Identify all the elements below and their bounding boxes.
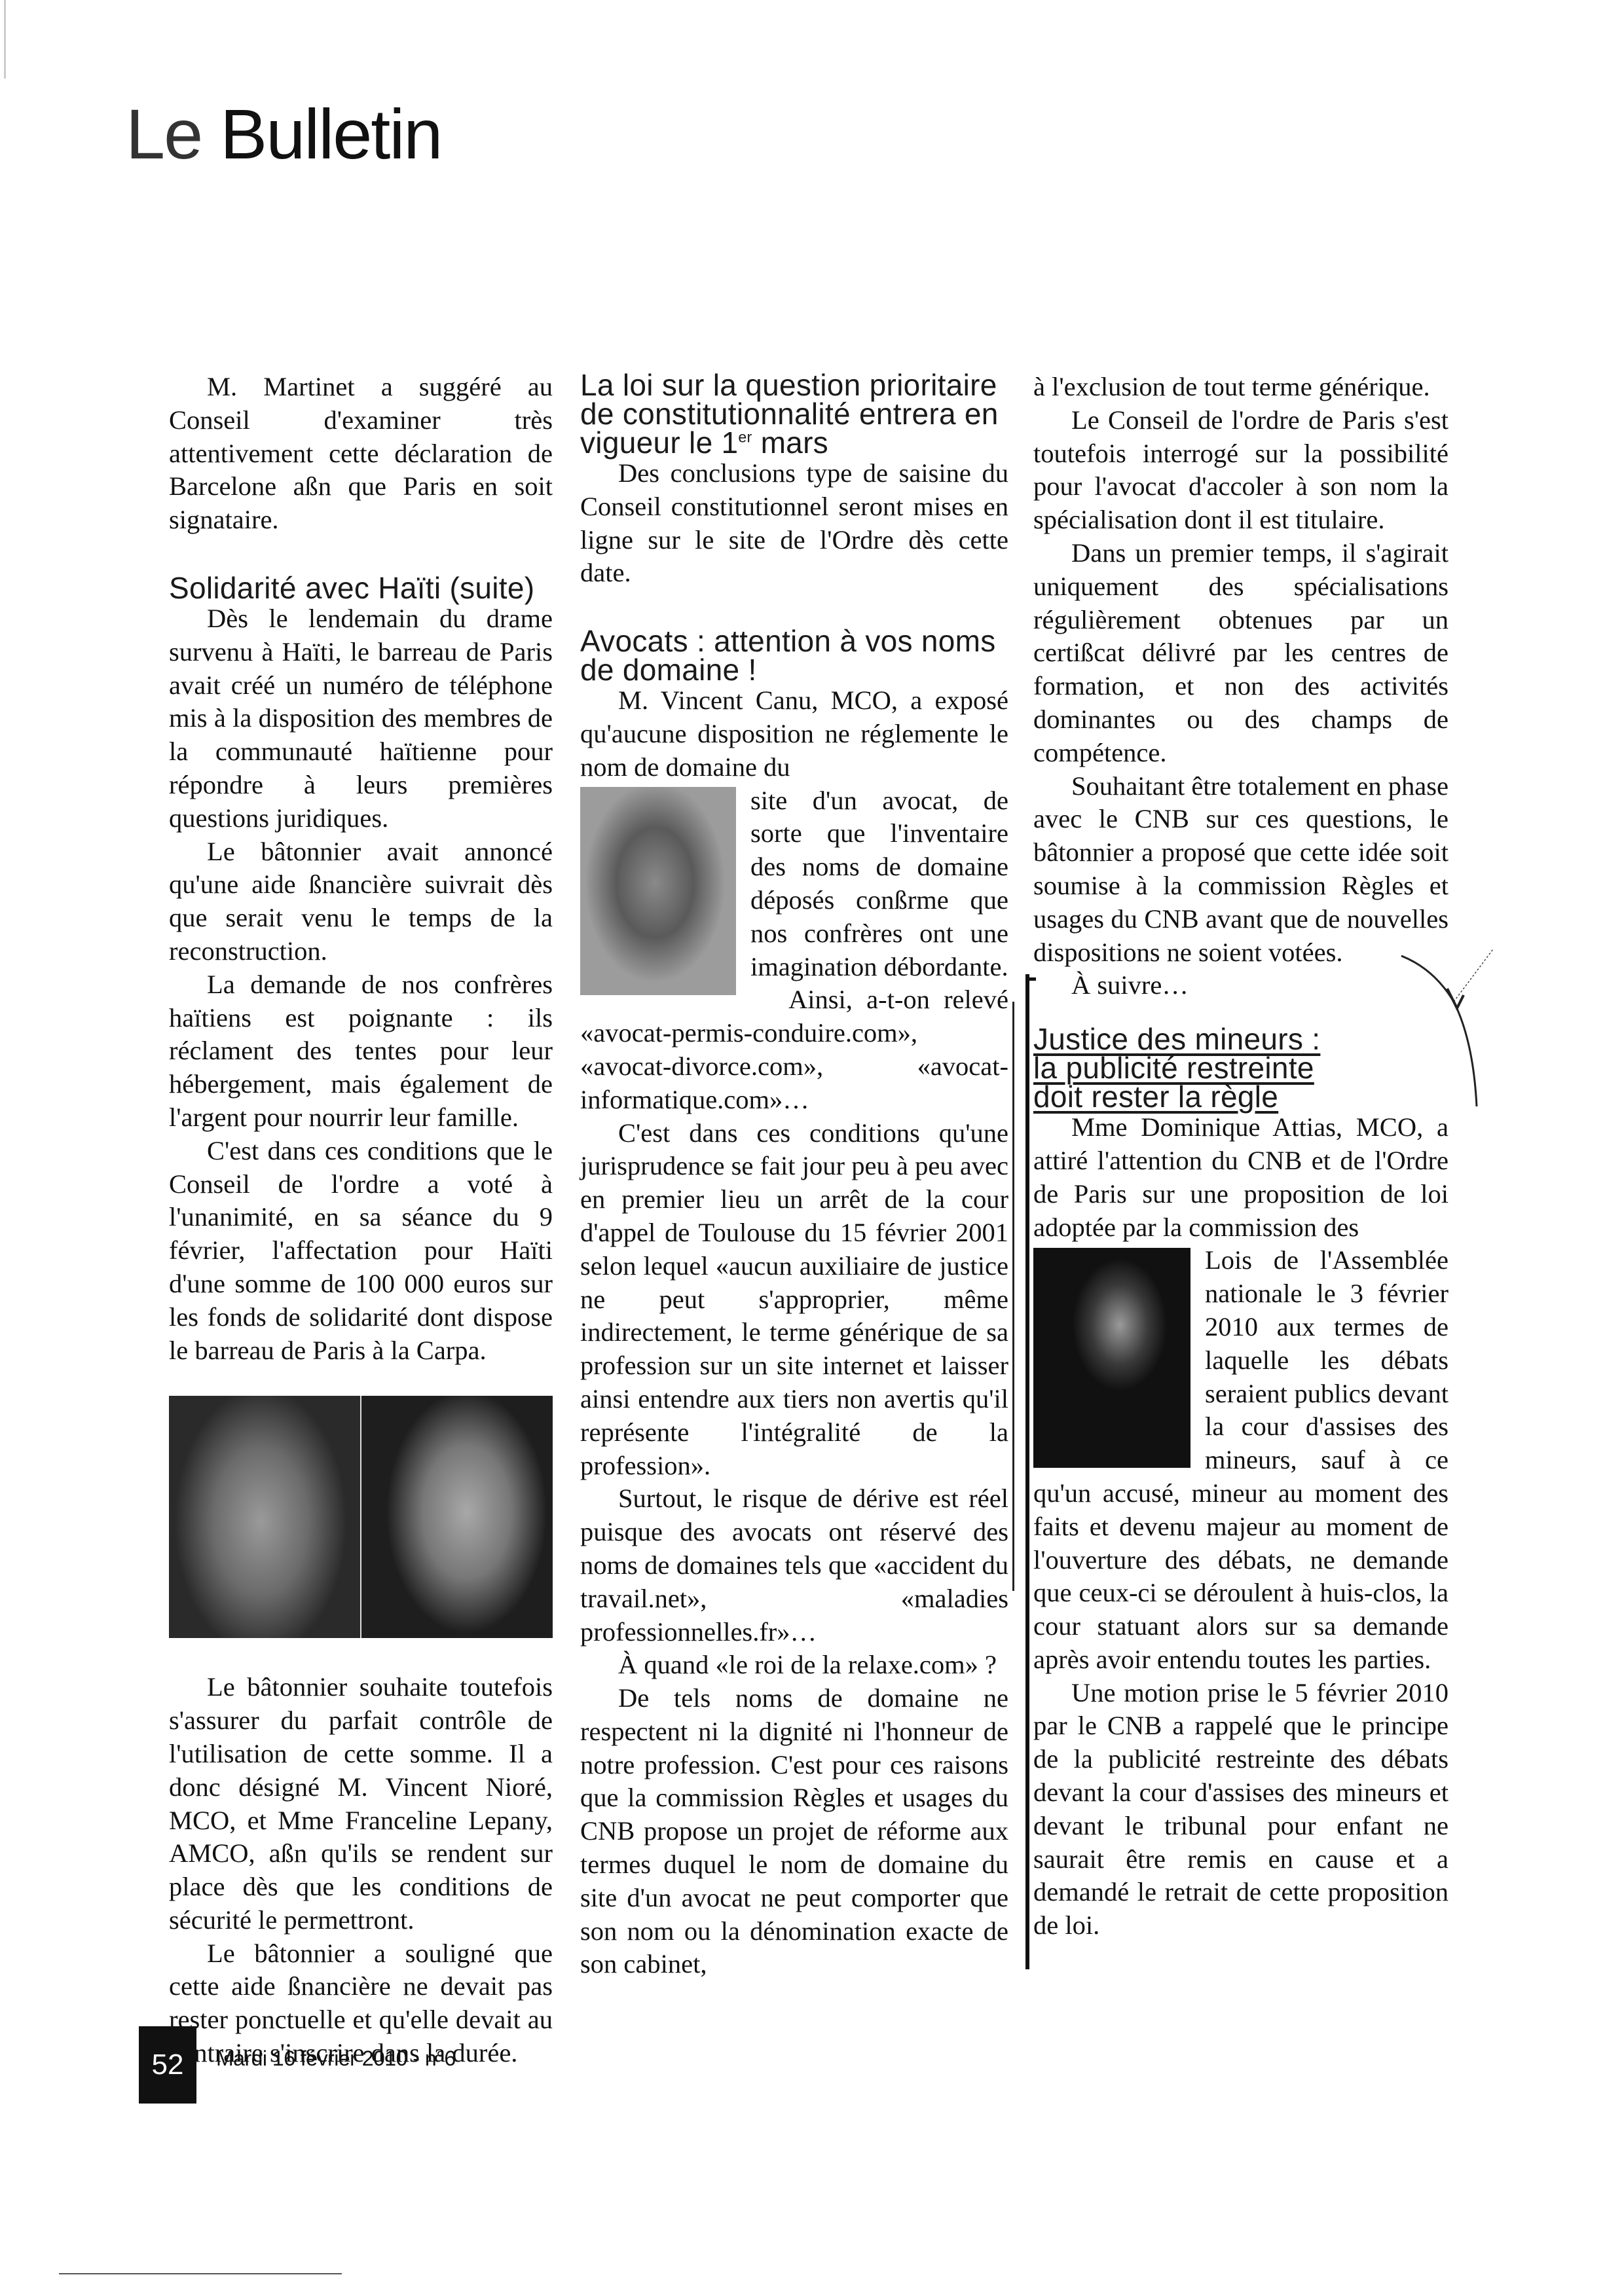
masthead: Le Bulletin	[126, 93, 441, 175]
page-number-box: 52	[139, 2026, 196, 2104]
heading-justice-mineurs: Justice des mineurs : la publicité restr…	[1033, 1025, 1449, 1111]
photo-two-lawyers	[169, 1396, 553, 1638]
box-frame-left	[1025, 974, 1029, 1969]
paragraph: Dès le lendemain du drame survenu à Haït…	[169, 602, 553, 835]
paragraph: Le bâtonnier souhaite toutefois s'assure…	[169, 1671, 553, 1937]
paragraph: Surtout, le risque de dérive est réel pu…	[580, 1482, 1008, 1649]
paragraph: Une motion prise le 5 février 2010 par l…	[1033, 1677, 1449, 1942]
paragraph: Souhaitant être totalement en phase avec…	[1033, 770, 1449, 970]
photo-portrait-woman	[360, 1396, 553, 1638]
paragraph: à l'exclusion de tout terme générique.	[1033, 371, 1449, 404]
paragraph: Mme Dominique Attias, MCO, a attiré l'at…	[1033, 1111, 1449, 1244]
box-frame-top	[1025, 977, 1036, 981]
heading-noms-de-domaine: Avocats : attention à vos noms de domain…	[580, 627, 1008, 684]
photo-dominique-attias	[1033, 1248, 1190, 1468]
masthead-le: Le	[126, 94, 202, 173]
issue-date: Mardi 16 février 2010 - n°6	[216, 2047, 456, 2071]
paragraph: Des conclusions type de saisine du Conse…	[580, 457, 1008, 590]
masthead-title: Bulletin	[220, 94, 441, 173]
column-2: La loi sur la question prioritaire de co…	[580, 371, 1008, 1981]
photo-portrait-man	[169, 1396, 360, 1638]
paragraph: Dans un premier temps, il s'agirait uniq…	[1033, 537, 1449, 770]
paragraph: De tels noms de domaine ne respectent ni…	[580, 1682, 1008, 1981]
scan-edge-mark	[4, 0, 6, 79]
column-1: M. Martinet a suggéré au Conseil d'exami…	[169, 371, 553, 2070]
paragraph-intro: M. Martinet a suggéré au Conseil d'exami…	[169, 371, 553, 537]
paragraph: À quand «le roi de la relaxe.com» ?	[580, 1649, 1008, 1682]
bottom-rule	[59, 2273, 342, 2274]
heading-qpc-end: mars	[752, 426, 828, 460]
boxed-article-justice-mineurs: Justice des mineurs : la publicité restr…	[1033, 1025, 1449, 1942]
heading-qpc-superscript: er	[738, 429, 752, 446]
paragraph: Le Conseil de l'ordre de Paris s'est tou…	[1033, 404, 1449, 537]
paragraph: Le bâtonnier avait annoncé qu'une aide ß…	[169, 835, 553, 968]
handwritten-arrow-mark	[1395, 943, 1500, 1113]
heading-qpc: La loi sur la question prioritaire de co…	[580, 371, 1008, 457]
heading-solidarite-haiti: Solidarité avec Haïti (suite)	[169, 574, 553, 602]
column-divider	[1012, 1002, 1014, 1591]
paragraph: C'est dans ces conditions qu'une jurispr…	[580, 1117, 1008, 1483]
paragraph: M. Vincent Canu, MCO, a exposé qu'aucune…	[580, 684, 1008, 784]
paragraph: À suivre…	[1033, 969, 1449, 1002]
column-3: à l'exclusion de tout terme générique. L…	[1033, 371, 1449, 1942]
paragraph: La demande de nos confrères haïtiens est…	[169, 968, 553, 1135]
photo-vincent-canu	[580, 787, 736, 995]
paragraph: Ainsi, a-t-on relevé «avocat-permis-cond…	[580, 983, 1008, 1116]
paragraph: C'est dans ces conditions que le Conseil…	[169, 1135, 553, 1368]
